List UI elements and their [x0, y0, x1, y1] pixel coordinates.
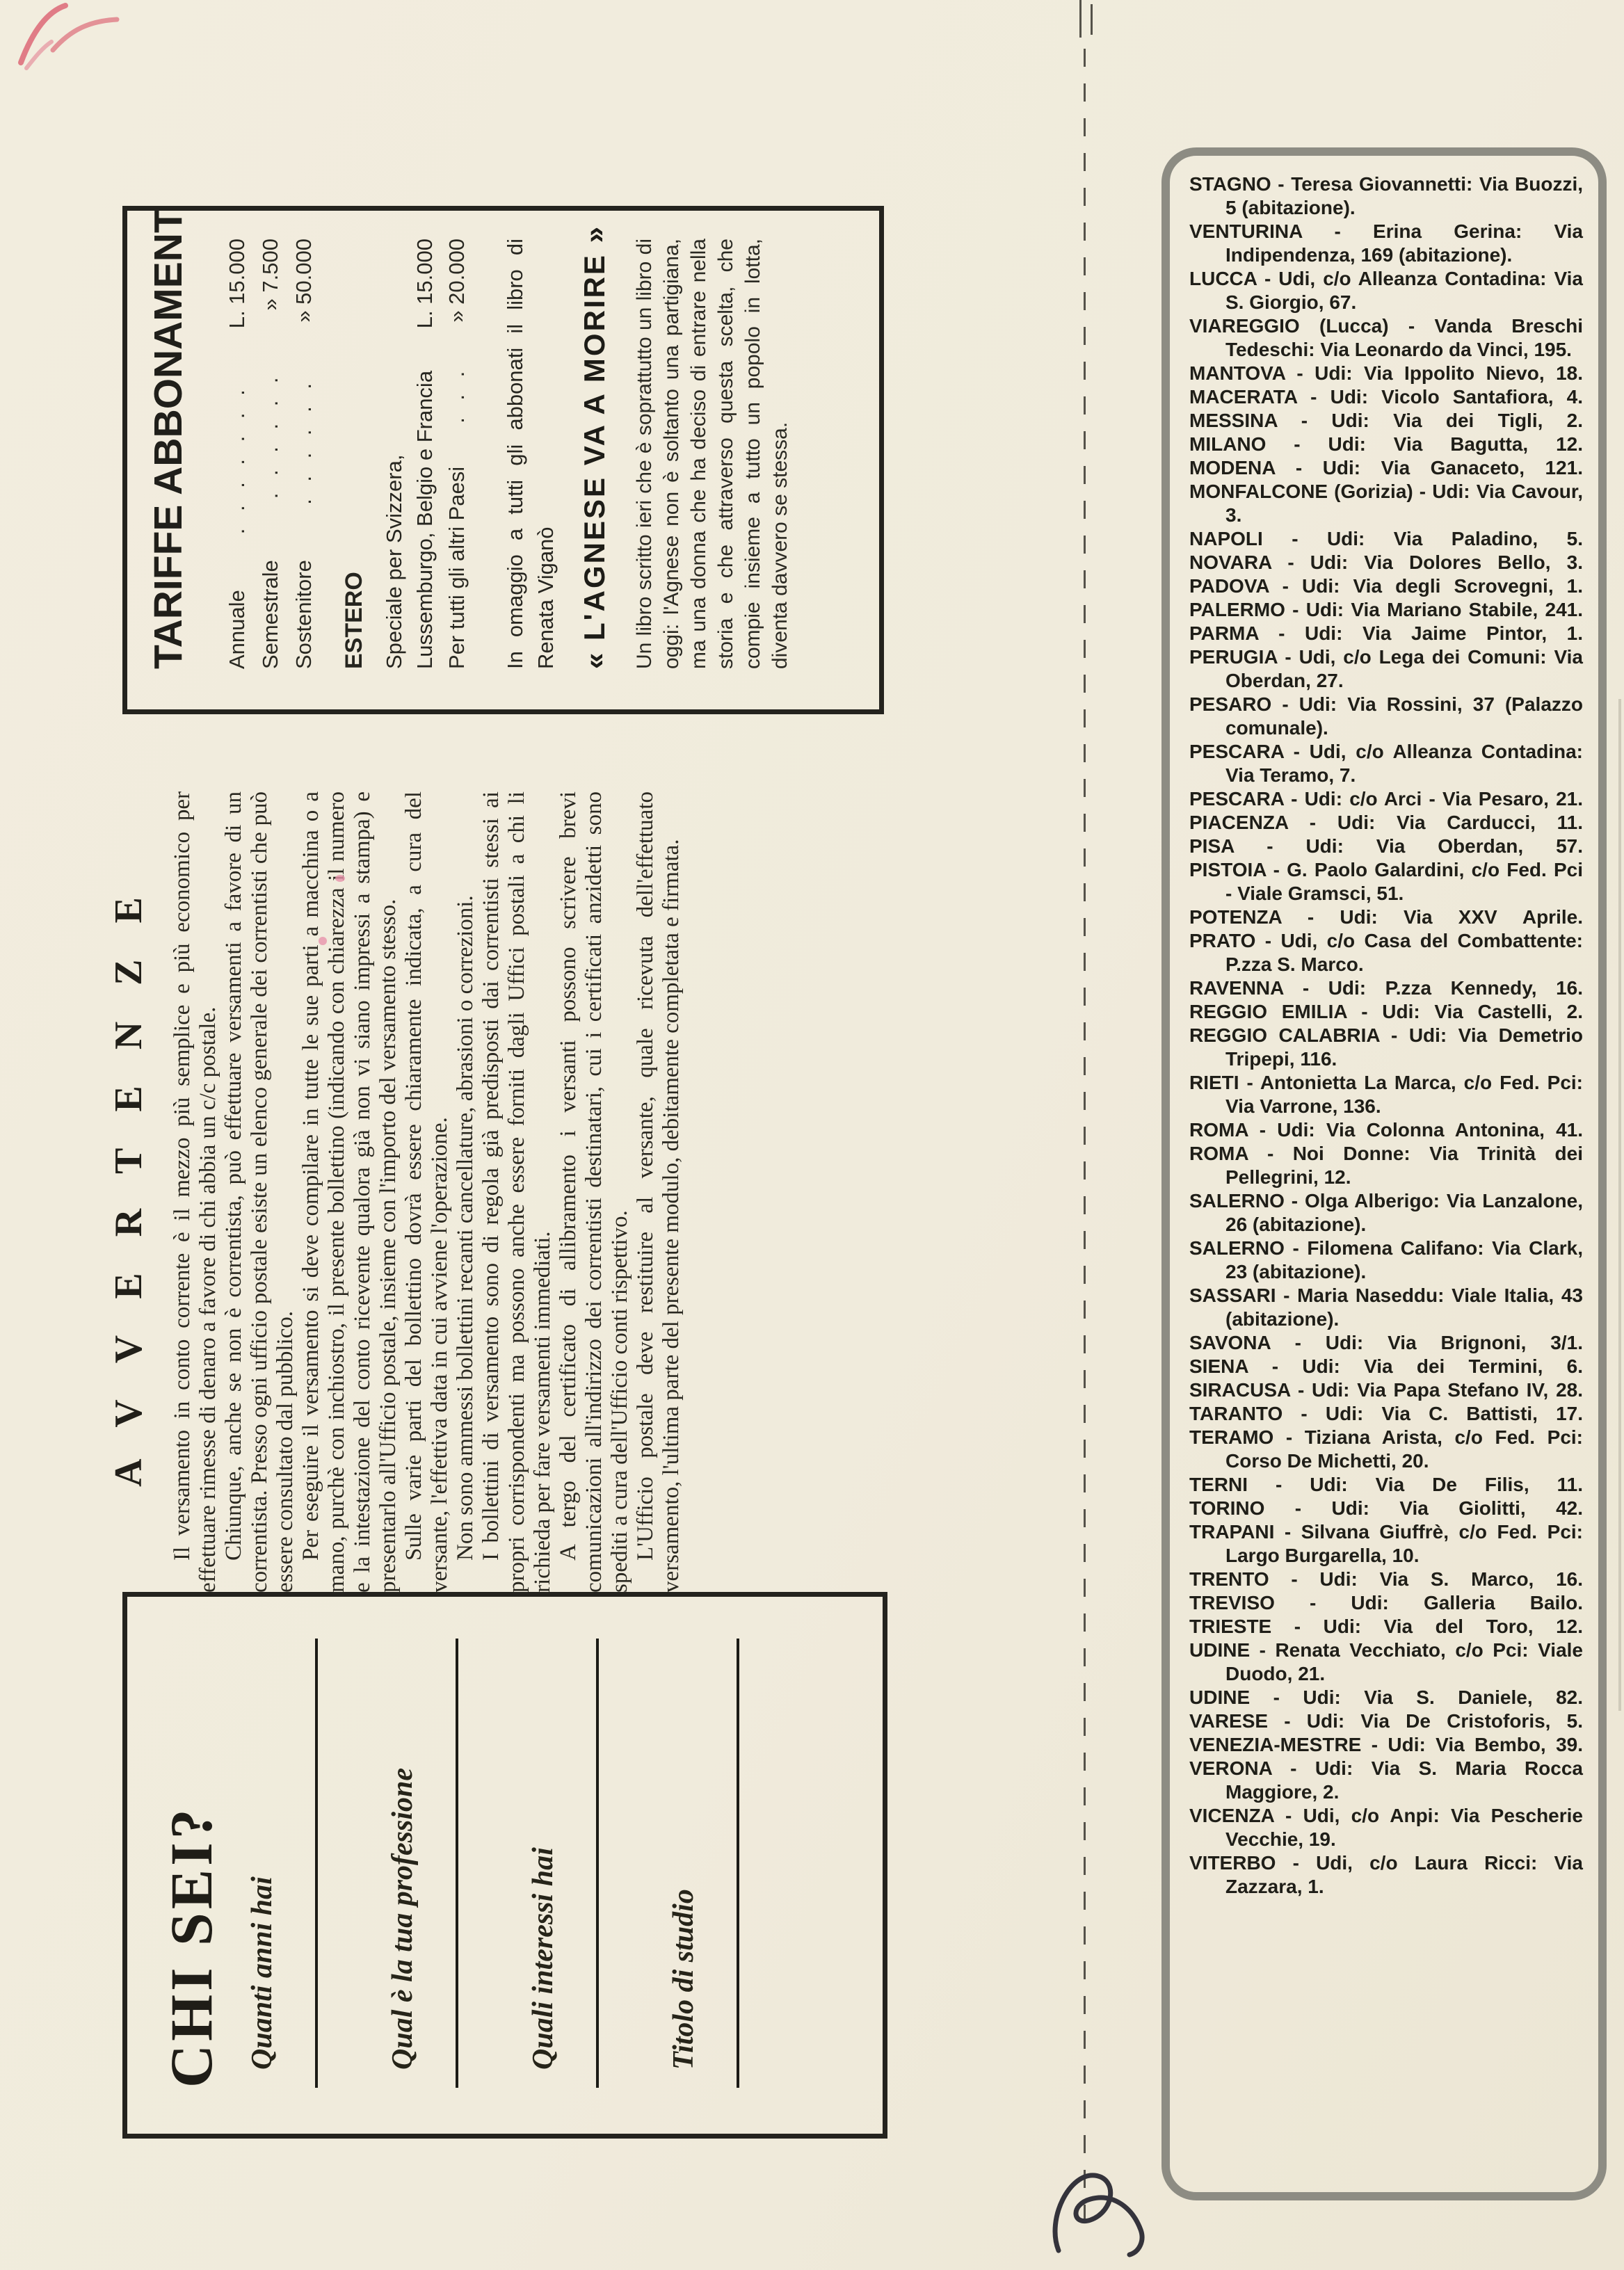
directory-entry: SIRACUSA - Udi: Via Papa Stefano IV, 28. — [1189, 1378, 1583, 1402]
pen-squiggle-mark — [1042, 2160, 1178, 2269]
entry-city: VERONA — [1189, 1757, 1272, 1779]
directory-entry: UDINE - Renata Vecchiato, c/o Pci: Viale… — [1189, 1639, 1583, 1686]
avvertenze-paragraphs: Il versamento in conto corrente è il mez… — [170, 791, 684, 1593]
directory-entry: ROMA - Udi: Via Colonna Antonina, 41. — [1189, 1118, 1583, 1142]
rate-amount: » 7.500 — [254, 239, 287, 310]
fold-dashed-line — [1084, 49, 1086, 2232]
entry-city: PISA — [1189, 835, 1234, 857]
rate-label: Sostenitore — [287, 560, 321, 669]
avvertenze-paragraph: Chiunque, anche se non è correntista, pu… — [221, 791, 298, 1593]
tariffe-abbonamento-box: TARIFFE ABBONAMENTO Annuale . . . . . . … — [122, 206, 884, 714]
entry-city: SIRACUSA — [1189, 1379, 1290, 1401]
entry-address: - G. Paolo Galardini, c/o Fed. Pci - Via… — [1225, 859, 1583, 904]
directory-entry: RIETI - Antonietta La Marca, c/o Fed. Pc… — [1189, 1071, 1583, 1118]
directory-entry: VIAREGGIO (Lucca) - Vanda Breschi Tedesc… — [1189, 314, 1583, 362]
entry-address: - Maria Naseddu: Viale Italia, 43 (abita… — [1225, 1285, 1583, 1330]
entry-city: PALERMO — [1189, 599, 1285, 620]
field-label: Qual è la tua professione — [386, 1633, 419, 2088]
entry-city: PRATO — [1189, 930, 1255, 951]
answer-blank-line — [315, 1639, 318, 2088]
entry-city: TARANTO — [1189, 1403, 1283, 1424]
directory-entry: TERAMO - Tiziana Arista, c/o Fed. Pci: C… — [1189, 1426, 1583, 1473]
field-label: Titolo di studio — [667, 1633, 700, 2088]
entry-address: - Udi, c/o Laura Ricci: Via Zazzara, 1. — [1225, 1852, 1583, 1897]
entry-city: VICENZA — [1189, 1805, 1274, 1826]
entry-address: - Udi: Via Jaime Pintor, 1. — [1259, 622, 1583, 644]
fold-tick-top — [1079, 0, 1082, 38]
entry-address: - Udi: Via S. Marco, 16. — [1269, 1568, 1583, 1590]
entry-address: - Udi: Via S. Maria Rocca Maggiore, 2. — [1225, 1757, 1583, 1803]
entry-address: - Udi: Via Ippolito Nievo, 18. — [1285, 362, 1583, 384]
entry-address: - Udi: Via De Filis, 11. — [1248, 1474, 1583, 1495]
directory-entry: STAGNO - Teresa Giovannetti: Via Buozzi,… — [1189, 172, 1583, 220]
entry-city: VITERBO — [1189, 1852, 1276, 1874]
directory-entry: TRIESTE - Udi: Via del Toro, 12. — [1189, 1615, 1583, 1639]
entry-address: - Renata Vecchiato, c/o Pci: Viale Duodo… — [1225, 1639, 1583, 1684]
entry-address: - Udi: Via Paladino, 5. — [1263, 528, 1583, 549]
avvertenze-paragraph: L'Ufficio postale deve restituire al ver… — [633, 791, 684, 1593]
directory-entry: TRENTO - Udi: Via S. Marco, 16. — [1189, 1568, 1583, 1591]
entry-address: - Udi: Via De Cristoforis, 5. — [1268, 1710, 1583, 1732]
directory-entry: UDINE - Udi: Via S. Daniele, 82. — [1189, 1686, 1583, 1709]
directory-entry: REGGIO CALABRIA - Udi: Via Demetrio Trip… — [1189, 1024, 1583, 1071]
entry-city: PESCARA — [1189, 741, 1284, 762]
directory-box: STAGNO - Teresa Giovannetti: Via Buozzi,… — [1161, 147, 1607, 2200]
directory-entry: PARMA - Udi: Via Jaime Pintor, 1. — [1189, 622, 1583, 645]
answer-blank-line — [737, 1639, 739, 2088]
entry-city: PARMA — [1189, 622, 1259, 644]
entry-city: VENEZIA-MESTRE — [1189, 1734, 1361, 1755]
book-title: « L'AGNESE VA A MORIRE » — [578, 239, 611, 669]
directory-entry: PADOVA - Udi: Via degli Scrovegni, 1. — [1189, 574, 1583, 598]
entry-address: - Udi, c/o Alleanza Contadina: Via S. Gi… — [1225, 268, 1583, 313]
chi-sei-fields: Quanti anni hai Qual è la tua profession… — [246, 1633, 739, 2088]
entry-city: PISTOIA — [1189, 859, 1266, 880]
directory-entry: SIENA - Udi: Via dei Termini, 6. — [1189, 1355, 1583, 1378]
field-label: Quanti anni hai — [246, 1633, 279, 2088]
directory-entry: POTENZA - Udi: Via XXV Aprile. — [1189, 905, 1583, 929]
directory-entry: SASSARI - Maria Naseddu: Viale Italia, 4… — [1189, 1284, 1583, 1331]
entry-address: - Noi Donne: Via Trinità dei Pellegrini,… — [1225, 1143, 1583, 1188]
directory-entry: LUCCA - Udi, c/o Alleanza Contadina: Via… — [1189, 267, 1583, 314]
avvertenze-paragraph: I bollettini di versamento sono di regol… — [479, 791, 556, 1593]
pink-ink-speck — [335, 875, 345, 882]
scan-edge-line — [1618, 699, 1621, 1711]
entry-city: NAPOLI — [1189, 528, 1263, 549]
entry-address: - Udi: Via Brignoni, 3/1. — [1271, 1332, 1583, 1353]
entry-address: - Udi: Via Dolores Bello, 3. — [1271, 552, 1583, 573]
entry-city: SIENA — [1189, 1355, 1248, 1377]
entry-city: TREVISO — [1189, 1592, 1275, 1613]
estero-special-amount: L. 15.000 — [410, 239, 440, 328]
estero-other-amount: » 20.000 — [440, 239, 474, 323]
entry-city: LUCCA — [1189, 268, 1257, 289]
entry-address: - Udi: Via XXV Aprile. — [1282, 906, 1583, 928]
directory-entry: SAVONA - Udi: Via Brignoni, 3/1. — [1189, 1331, 1583, 1355]
entry-address: - Udi: Via Bagutta, 12. — [1266, 433, 1583, 455]
directory-entry: PRATO - Udi, c/o Casa del Combattente: P… — [1189, 929, 1583, 976]
entry-city: TRAPANI — [1189, 1521, 1274, 1543]
entry-city: REGGIO CALABRIA — [1189, 1024, 1380, 1046]
rate-dot-leader: . . . . . . — [287, 323, 321, 561]
entry-address: - Udi: Vicolo Santafiora, 4. — [1297, 386, 1583, 408]
entry-address: - Udi: P.zza Kennedy, 16. — [1283, 977, 1583, 999]
directory-entry: MESSINA - Udi: Via dei Tigli, 2. — [1189, 409, 1583, 433]
directory-entry: PESCARA - Udi, c/o Alleanza Contadina: V… — [1189, 740, 1583, 787]
entry-address: - Udi: Via Colonna Antonina, 41. — [1248, 1119, 1583, 1141]
avvertenze-paragraph: Per eseguire il versamento si deve compi… — [298, 791, 401, 1593]
directory-entry: VARESE - Udi: Via De Cristoforis, 5. — [1189, 1709, 1583, 1733]
estero-special-label: Speciale per Svizzera, Lussemburgo, Belg… — [379, 328, 440, 669]
entry-city: UDINE — [1189, 1639, 1250, 1661]
entry-city: STAGNO — [1189, 173, 1271, 195]
rate-row: Annuale . . . . . . . L. 15.000 — [220, 239, 254, 669]
entry-city: RAVENNA — [1189, 977, 1283, 999]
entry-city: MILANO — [1189, 433, 1266, 455]
entry-address: - Udi, c/o Casa del Combattente: P.zza S… — [1225, 930, 1583, 975]
entry-city: PESCARA — [1189, 788, 1284, 810]
entry-address: - Udi: Via Giolitti, 42. — [1264, 1497, 1583, 1519]
book-blurb: Un libro scritto ieri che è soprattutto … — [631, 239, 794, 669]
directory-entry: REGGIO EMILIA - Udi: Via Castelli, 2. — [1189, 1000, 1583, 1024]
entry-address: - Teresa Giovannetti: Via Buozzi, 5 (abi… — [1225, 173, 1583, 218]
estero-other-dot-leader: . . . — [440, 323, 474, 467]
answer-blank-line — [596, 1639, 599, 2088]
entry-address: - Udi: Via degli Scrovegni, 1. — [1269, 575, 1583, 597]
entry-city: MODENA — [1189, 457, 1275, 478]
entry-address: - Udi, c/o Lega dei Comuni: Via Oberdan,… — [1225, 646, 1583, 691]
entry-city: PADOVA — [1189, 575, 1269, 597]
estero-special-row: Speciale per Svizzera, Lussemburgo, Belg… — [379, 239, 440, 669]
entry-city: VENTURINA — [1189, 220, 1302, 242]
directory-entry: NAPOLI - Udi: Via Paladino, 5. — [1189, 527, 1583, 551]
chi-sei-box: CHI SEI? Quanti anni hai Qual è la tua p… — [122, 1592, 887, 2139]
tariffe-content: TARIFFE ABBONAMENTO Annuale . . . . . . … — [127, 211, 869, 700]
rate-label: Semestrale — [254, 560, 287, 669]
chi-sei-content: CHI SEI? Quanti anni hai Qual è la tua p… — [127, 1597, 873, 2124]
questionnaire-field: Titolo di studio — [667, 1633, 739, 2088]
entry-address: - Silvana Giuffrè, c/o Fed. Pci: Largo B… — [1225, 1521, 1583, 1566]
entry-city: MESSINA — [1189, 410, 1278, 431]
directory-entry: VERONA - Udi: Via S. Maria Rocca Maggior… — [1189, 1757, 1583, 1804]
entry-address: - Udi, c/o Anpi: Via Pescherie Vecchie, … — [1225, 1805, 1583, 1850]
directory-entry: PIACENZA - Udi: Via Carducci, 11. — [1189, 811, 1583, 835]
entry-city: POTENZA — [1189, 906, 1282, 928]
entry-address: - Udi: Via Carducci, 11. — [1288, 812, 1583, 833]
directory-entry: VICENZA - Udi, c/o Anpi: Via Pescherie V… — [1189, 1804, 1583, 1851]
entry-city: UDINE — [1189, 1687, 1250, 1708]
rate-dot-leader: . . . . . . — [254, 310, 287, 560]
entry-city: SAVONA — [1189, 1332, 1271, 1353]
avvertenze-paragraph: Il versamento in conto corrente è il mez… — [170, 791, 221, 1593]
directory-entry: MONFALCONE (Gorizia) - Udi: Via Cavour, … — [1189, 480, 1583, 527]
directory-entry: PALERMO - Udi: Via Mariano Stabile, 241. — [1189, 598, 1583, 622]
pink-ink-speck — [319, 937, 327, 945]
estero-other-row: Per tutti gli altri Paesi . . . » 20.000 — [440, 239, 474, 669]
entry-address: - Antonietta La Marca, c/o Fed. Pci: Via… — [1225, 1072, 1583, 1117]
questionnaire-field: Quanti anni hai — [246, 1633, 318, 2088]
directory-entry: VITERBO - Udi, c/o Laura Ricci: Via Zazz… — [1189, 1851, 1583, 1899]
entry-address: - Udi: Via dei Termini, 6. — [1248, 1355, 1583, 1377]
entry-city: SALERNO — [1189, 1237, 1285, 1259]
estero-heading: ESTERO — [340, 239, 368, 669]
entry-city: VIAREGGIO — [1189, 315, 1300, 337]
avvertenze-paragraph: Sulle varie parti del bollettino dovrà e… — [401, 791, 453, 1593]
entry-city: RIETI — [1189, 1072, 1239, 1093]
avvertenze-content: AVVERTENZE Il versamento in conto corren… — [104, 791, 932, 1593]
entry-city: NOVARA — [1189, 552, 1271, 573]
entry-city: MANTOVA — [1189, 362, 1285, 384]
entry-address: - Udi: Via Oberdan, 57. — [1234, 835, 1583, 857]
rate-row: Semestrale . . . . . . » 7.500 — [254, 239, 287, 669]
entry-address: - Udi: Via Castelli, 2. — [1347, 1001, 1583, 1022]
answer-blank-line — [456, 1639, 458, 2088]
directory-entry: MACERATA - Udi: Vicolo Santafiora, 4. — [1189, 385, 1583, 409]
directory-entry: TORINO - Udi: Via Giolitti, 42. — [1189, 1497, 1583, 1520]
entry-address: - Udi: Via dei Tigli, 2. — [1278, 410, 1583, 431]
entry-city: MACERATA — [1189, 386, 1297, 408]
directory-entry: RAVENNA - Udi: P.zza Kennedy, 16. — [1189, 976, 1583, 1000]
chi-sei-title: CHI SEI? — [158, 1633, 225, 2088]
directory-list: STAGNO - Teresa Giovannetti: Via Buozzi,… — [1189, 172, 1583, 1899]
avvertenze-title: AVVERTENZE — [104, 791, 153, 1593]
directory-entry: VENTURINA - Erina Gerina: Via Indipenden… — [1189, 220, 1583, 267]
entry-address: - Udi: Via S. Daniele, 82. — [1250, 1687, 1583, 1708]
entry-city: SASSARI — [1189, 1285, 1276, 1306]
entry-address: - Udi: Galleria Bailo. — [1275, 1592, 1583, 1613]
entry-city: ROMA — [1189, 1119, 1248, 1141]
avvertenze-paragraph: Non sono ammessi bollettini recanti canc… — [453, 791, 479, 1593]
rate-amount: L. 15.000 — [220, 239, 254, 328]
entry-address: - Udi: Via Papa Stefano IV, 28. — [1290, 1379, 1583, 1401]
directory-entry: TRAPANI - Silvana Giuffrè, c/o Fed. Pci:… — [1189, 1520, 1583, 1568]
entry-address: - Udi: Via Rossini, 37 (Palazzo comunale… — [1225, 693, 1583, 739]
directory-entry: PESARO - Udi: Via Rossini, 37 (Palazzo c… — [1189, 693, 1583, 740]
avvertenze-paragraph: A tergo del certificato di allibramento … — [556, 791, 633, 1593]
directory-entry: ROMA - Noi Donne: Via Trinità dei Pelleg… — [1189, 1142, 1583, 1189]
rate-row: Sostenitore . . . . . . » 50.000 — [287, 239, 321, 669]
directory-entry: MILANO - Udi: Via Bagutta, 12. — [1189, 433, 1583, 456]
tariffe-title: TARIFFE ABBONAMENTO — [145, 239, 191, 669]
entry-city: TERNI — [1189, 1474, 1248, 1495]
red-crayon-mark — [13, 0, 131, 80]
entry-city: MONFALCONE — [1189, 481, 1328, 502]
estero-other-label: Per tutti gli altri Paesi — [440, 467, 474, 669]
directory-entry: MANTOVA - Udi: Via Ippolito Nievo, 18. — [1189, 362, 1583, 385]
field-label: Quali interessi hai — [526, 1633, 560, 2088]
directory-entry: TERNI - Udi: Via De Filis, 11. — [1189, 1473, 1583, 1497]
entry-address: - Udi: Via Bembo, 39. — [1361, 1734, 1583, 1755]
directory-entry: SALERNO - Filomena Califano: Via Clark, … — [1189, 1237, 1583, 1284]
directory-entry: PISTOIA - G. Paolo Galardini, c/o Fed. P… — [1189, 858, 1583, 905]
rate-amount: » 50.000 — [287, 239, 321, 323]
directory-entry: TREVISO - Udi: Galleria Bailo. — [1189, 1591, 1583, 1615]
directory-entry: PESCARA - Udi: c/o Arci - Via Pesaro, 21… — [1189, 787, 1583, 811]
entry-city: TRENTO — [1189, 1568, 1269, 1590]
entry-city: REGGIO EMILIA — [1189, 1001, 1347, 1022]
entry-address: - Udi: c/o Arci - Via Pesaro, 21. — [1284, 788, 1583, 810]
directory-entry: NOVARA - Udi: Via Dolores Bello, 3. — [1189, 551, 1583, 574]
tariffe-rates-list: Annuale . . . . . . . L. 15.000 Semestra… — [220, 239, 321, 669]
avvertenze-section: AVVERTENZE Il versamento in conto corren… — [104, 791, 932, 1593]
directory-entry: SALERNO - Olga Alberigo: Via Lanzalone, … — [1189, 1189, 1583, 1237]
entry-city: TRIESTE — [1189, 1616, 1271, 1637]
entry-city: SALERNO — [1189, 1190, 1285, 1212]
entry-address: - Udi: Via C. Battisti, 17. — [1283, 1403, 1583, 1424]
entry-address: - Tiziana Arista, c/o Fed. Pci: Corso De… — [1225, 1426, 1583, 1472]
entry-city: VARESE — [1189, 1710, 1268, 1732]
entry-city: PERUGIA — [1189, 646, 1278, 668]
entry-address: - Udi: Via Ganaceto, 121. — [1275, 457, 1583, 478]
directory-entry: TARANTO - Udi: Via C. Battisti, 17. — [1189, 1402, 1583, 1426]
directory-entry: PERUGIA - Udi, c/o Lega dei Comuni: Via … — [1189, 645, 1583, 693]
directory-entry: PISA - Udi: Via Oberdan, 57. — [1189, 835, 1583, 858]
directory-entry: MODENA - Udi: Via Ganaceto, 121. — [1189, 456, 1583, 480]
entry-city: PESARO — [1189, 693, 1271, 715]
rate-label: Annuale — [220, 590, 254, 669]
questionnaire-field: Qual è la tua professione — [386, 1633, 458, 2088]
entry-address: - Udi: Via Mariano Stabile, 241. — [1285, 599, 1583, 620]
entry-city: TORINO — [1189, 1497, 1264, 1519]
directory-entry: VENEZIA-MESTRE - Udi: Via Bembo, 39. — [1189, 1733, 1583, 1757]
entry-city: TERAMO — [1189, 1426, 1273, 1448]
gift-note: In omaggio a tutti gli abbonati il libro… — [500, 239, 561, 669]
scanned-page: { "colors": { "paper": "#f0ebdc", "ink":… — [0, 0, 1624, 2270]
entry-city: ROMA — [1189, 1143, 1248, 1164]
questionnaire-field: Quali interessi hai — [526, 1633, 599, 2088]
fold-tick-top — [1091, 4, 1093, 35]
entry-address: - Udi: Via del Toro, 12. — [1271, 1616, 1583, 1637]
rate-dot-leader: . . . . . . . — [220, 328, 254, 590]
entry-city: PIACENZA — [1189, 812, 1288, 833]
